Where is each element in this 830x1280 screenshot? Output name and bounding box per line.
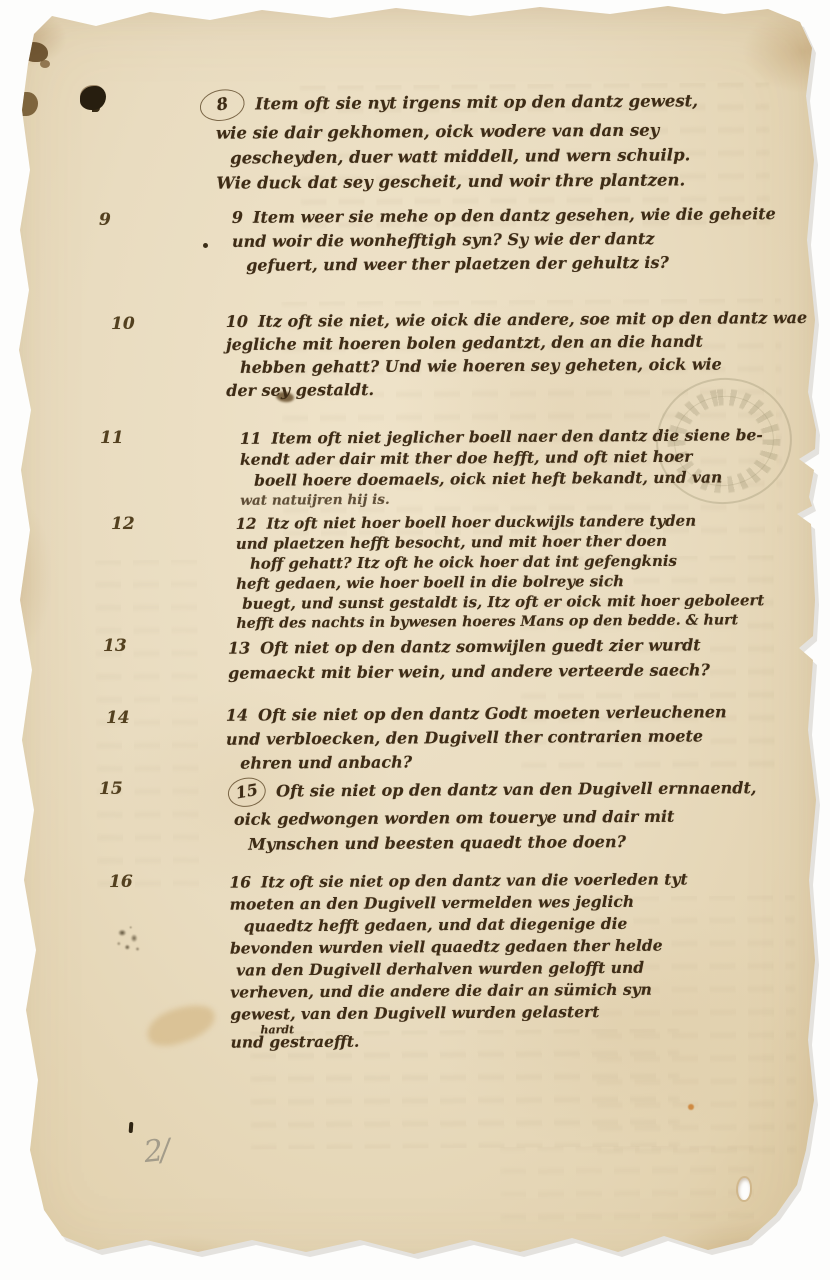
manuscript-item: 15Oft sie niet op den dantz van den Dugi… <box>234 774 757 857</box>
grease-stain <box>142 998 219 1052</box>
handwritten-line: verheven, und die andere die dair an süm… <box>230 978 688 1003</box>
item-number: 12 <box>236 515 257 533</box>
manuscript-item: 11Item oft niet jeglicher boell naer den… <box>240 424 764 512</box>
line-text: Item oft niet jeglicher boell naer den d… <box>271 425 762 447</box>
handwritten-line: wie sie dair gekhomen, oick wodere van d… <box>216 117 698 145</box>
item-number: 16 <box>229 872 251 891</box>
line-text: Oft sie niet op den dantz van den Dugive… <box>276 778 756 800</box>
line-text: Itz oft niet hoer boell hoer duckwijls t… <box>266 512 696 533</box>
edge-spot <box>16 92 38 116</box>
tiny-ink-mark <box>129 1122 134 1133</box>
handwritten-line: 14Oft sie niet op den dantz Godt moeten … <box>226 700 727 727</box>
handwritten-line: oick gedwongen worden om touerye und dai… <box>234 803 757 832</box>
handwritten-line: Mynschen und beesten quaedt thoe doen? <box>248 828 757 857</box>
manuscript-item: 13Oft niet op den dantz somwijlen guedt … <box>228 632 710 685</box>
margin-number: 14 <box>106 708 130 728</box>
handwritten-line: 9Item weer sie mehe op den dantz gesehen… <box>232 202 776 230</box>
ink-blot <box>80 86 106 110</box>
handwritten-line: 13Oft niet op den dantz somwijlen guedt … <box>228 632 710 660</box>
line-text: Itz oft sie niet, wie oick die andere, s… <box>258 308 807 331</box>
item-number: 13 <box>228 639 250 658</box>
handwritten-line: 16Itz oft sie niet op den dantz van die … <box>229 868 687 893</box>
edge-spot <box>22 42 48 62</box>
handwritten-line: van den Dugivell derhalven wurden geloff… <box>236 956 688 981</box>
margin-number: 15 <box>99 779 123 799</box>
handwritten-line: 12Itz oft niet hoer boell hoer duckwijls… <box>236 510 764 534</box>
handwritten-line: gemaeckt mit bier wein, und andere verte… <box>228 657 710 685</box>
handwritten-line: 8Item oft sie nyt irgens mit op den dant… <box>216 86 698 120</box>
margin-number: 11 <box>100 428 124 448</box>
pencil-folio-number: 2/ <box>142 1133 169 1170</box>
bleed-through <box>500 1145 763 1231</box>
handwritten-line: quaedtz hefft gedaen, und dat diegenige … <box>244 912 688 937</box>
paper-hole <box>738 1178 750 1200</box>
handwritten-line: gefuert, und weer ther plaetzen der gehu… <box>246 250 776 278</box>
handwritten-line: und verbloecken, den Dugivell ther contr… <box>226 724 727 751</box>
manuscript-item: 10Itz oft sie niet, wie oick die andere,… <box>226 306 808 402</box>
handwritten-line: hefft des nachts in bywesen hoeres Mans … <box>236 610 764 634</box>
margin-number: 13 <box>103 636 127 656</box>
line-text: Oft niet op den dantz somwijlen guedt zi… <box>260 635 701 657</box>
item-number: 11 <box>240 429 262 448</box>
handwritten-line: Wie duck dat sey gescheit, und woir thre… <box>216 167 698 195</box>
rust-speck <box>688 1104 694 1110</box>
manuscript-paper: 8Item oft sie nyt irgens mit op den dant… <box>0 0 830 1280</box>
scan-background: 8Item oft sie nyt irgens mit op den dant… <box>0 0 830 1280</box>
manuscript-item: 8Item oft sie nyt irgens mit op den dant… <box>216 86 699 195</box>
item-number: 14 <box>226 706 248 725</box>
handwritten-line: wat natuijren hij is. <box>240 487 763 512</box>
margin-number: 9 <box>99 210 111 230</box>
handwritten-line: moeten an den Dugivell vermelden wes jeg… <box>230 890 688 915</box>
line-text: Itz oft sie niet op den dantz van die vo… <box>261 869 688 891</box>
ink-speck <box>203 243 208 248</box>
item-number: 8 <box>197 86 247 125</box>
manuscript-item: 16Itz oft sie niet op den dantz van die … <box>229 868 688 1053</box>
ink-smudge <box>112 922 146 958</box>
margin-number: 16 <box>109 872 133 892</box>
handwritten-line: 10Itz oft sie niet, wie oick die andere,… <box>226 306 808 333</box>
manuscript-item: 12Itz oft niet hoer boell hoer duckwijls… <box>236 510 765 634</box>
handwritten-line: bevonden wurden viell quaedtz gedaen the… <box>230 934 688 959</box>
item-number: 10 <box>226 312 248 331</box>
line-text: Oft sie niet op den dantz Godt moeten ve… <box>258 702 727 724</box>
handwritten-line: der sey gestaldt. <box>226 375 808 402</box>
handwritten-line: 15Oft sie niet op den dantz van den Dugi… <box>234 774 757 807</box>
margin-number: 10 <box>111 314 135 334</box>
edge-spot <box>40 60 50 68</box>
handwritten-line: ehren und anbach? <box>240 748 727 775</box>
manuscript-item: 9Item weer sie mehe op den dantz gesehen… <box>232 202 776 278</box>
handwritten-line: gewest, van den Dugivell wurden gelaster… <box>230 1000 688 1025</box>
item-number: 15 <box>226 775 269 810</box>
line-text: Item weer sie mehe op den dantz gesehen,… <box>253 204 776 227</box>
handwritten-line: und gestraefft. <box>230 1028 688 1053</box>
handwritten-line: gescheyden, duer watt middell, und wern … <box>230 142 698 170</box>
line-text: Item oft sie nyt irgens mit op den dantz… <box>255 91 698 113</box>
manuscript-item: 14Oft sie niet op den dantz Godt moeten … <box>226 700 727 775</box>
margin-number: 12 <box>111 514 135 534</box>
item-number: 9 <box>232 208 243 227</box>
